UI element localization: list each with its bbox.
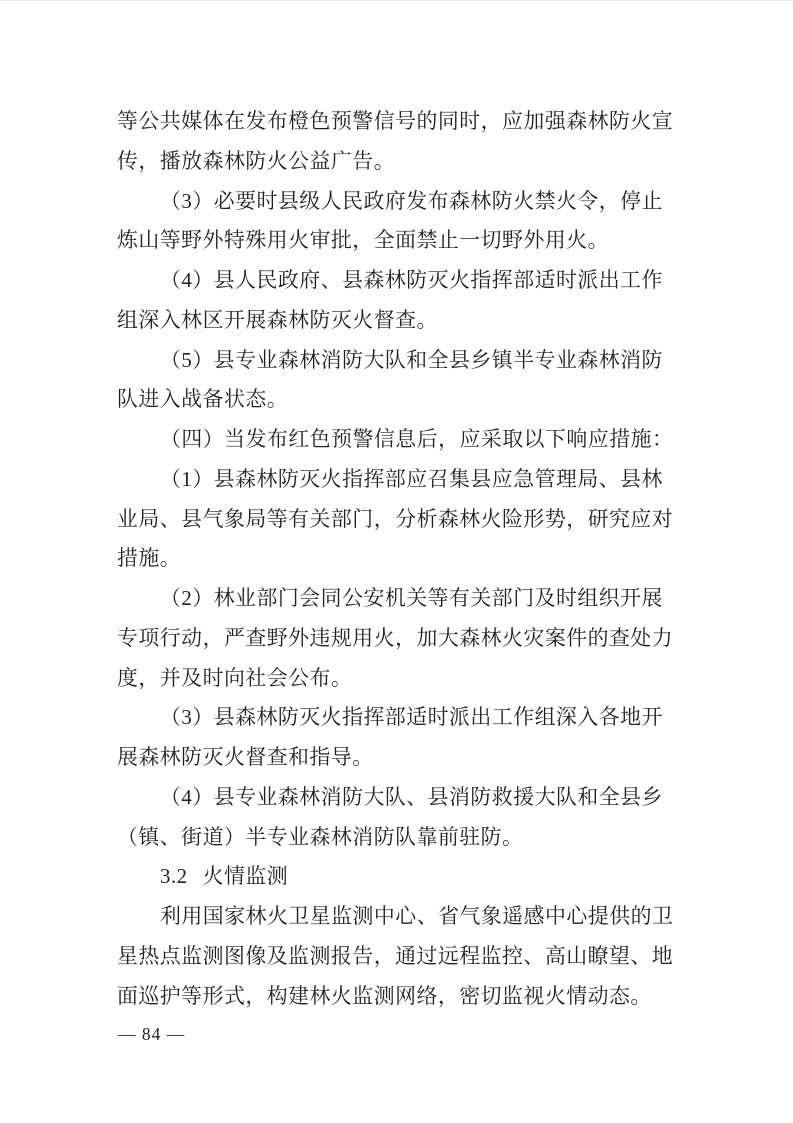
text-line: （4）县人民政府、县森林防灭火指挥部适时派出工作: [117, 261, 677, 301]
text-line: （5）县专业森林消防大队和全县乡镇半专业森林消防: [117, 341, 677, 381]
text-line: （四）当发布红色预警信息后，应采取以下响应措施：: [117, 420, 677, 460]
text-line: 专项行动，严查野外违规用火，加大森林火灾案件的查处力: [117, 619, 677, 659]
page-number: — 84 —: [118, 1022, 185, 1046]
text-line: 传，播放森林防火公益广告。: [117, 142, 677, 182]
text-line: 组深入林区开展森林防灭火督查。: [117, 301, 677, 341]
text-line: 业局、县气象局等有关部门，分析森林火险形势，研究应对: [117, 500, 677, 540]
text-line: 措施。: [117, 539, 677, 579]
section-heading: 3.2火情监测: [117, 857, 677, 897]
text-line: 炼山等野外特殊用火审批，全面禁止一切野外用火。: [117, 221, 677, 261]
text-line: （4）县专业森林消防大队、县消防救援大队和全县乡: [117, 778, 677, 818]
text-line: 利用国家林火卫星监测中心、省气象遥感中心提供的卫: [117, 897, 677, 937]
text-line: 面巡护等形式，构建林火监测网络，密切监视火情动态。: [117, 977, 677, 1017]
document-body: 等公共媒体在发布橙色预警信号的同时，应加强森林防火宣传，播放森林防火公益广告。（…: [117, 102, 677, 1016]
section-number: 3.2: [160, 864, 188, 888]
text-line: （1）县森林防灭火指挥部应召集县应急管理局、县林: [117, 460, 677, 500]
text-line: 度，并及时向社会公布。: [117, 659, 677, 699]
section-title: 火情监测: [203, 864, 289, 888]
text-line: （2）林业部门会同公安机关等有关部门及时组织开展: [117, 579, 677, 619]
text-line: （镇、街道）半专业森林消防队靠前驻防。: [117, 818, 677, 858]
text-line: 队进入战备状态。: [117, 380, 677, 420]
text-line: 等公共媒体在发布橙色预警信号的同时，应加强森林防火宣: [117, 102, 677, 142]
text-line: 星热点监测图像及监测报告，通过远程监控、高山瞭望、地: [117, 937, 677, 977]
text-line: 展森林防灭火督查和指导。: [117, 738, 677, 778]
document-page: 等公共媒体在发布橙色预警信号的同时，应加强森林防火宣传，播放森林防火公益广告。（…: [0, 0, 793, 1123]
text-line: （3）县森林防灭火指挥部适时派出工作组深入各地开: [117, 698, 677, 738]
text-line: （3）必要时县级人民政府发布森林防火禁火令，停止: [117, 182, 677, 222]
